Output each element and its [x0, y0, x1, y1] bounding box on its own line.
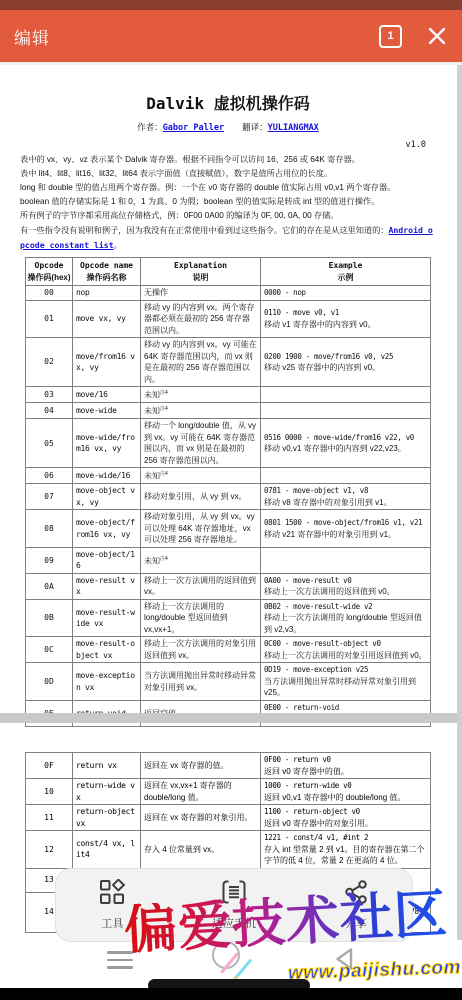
table-cell: 未知注4: [141, 547, 261, 573]
table-cell: return vx: [73, 753, 141, 779]
table-cell: move-object/from16 vx, vy: [73, 510, 141, 548]
watermark-url: www.paijishu.com: [288, 957, 462, 985]
intro-line: 表中的 vx、vy、vz 表示某个 Dalvik 寄存器。根据不同指令可以访问 …: [20, 153, 436, 167]
header-separator: [0, 62, 462, 65]
table-cell: 1000 - return-wide v0返回 v0,v1 寄存器中的 doub…: [261, 779, 431, 805]
table-cell: 12: [26, 831, 73, 869]
tools-label: 工具: [101, 915, 123, 931]
table-cell: 04: [26, 403, 73, 419]
table-cell: move-result vx: [73, 573, 141, 599]
table-row: 0Cmove-result-object vx移动上一次方法调用的对象引用返回值…: [26, 637, 431, 663]
intro-line: 表中 lit4、lit8、lit16、lit32、lit64 表示字面值（直接赋…: [20, 167, 436, 181]
table-cell: move/16: [73, 387, 141, 403]
table-cell: [261, 468, 431, 484]
table-cell: 0B: [26, 599, 73, 637]
col-header-explanation: Explanation说明: [141, 258, 261, 286]
page-gap: [0, 713, 462, 723]
table-cell: move vx, vy: [73, 300, 141, 338]
table-cell: 0000 - nop: [261, 286, 431, 301]
table-row: 0Amove-result vx移动上一次方法调用的返回值到 vx。0A00 -…: [26, 573, 431, 599]
author-link[interactable]: Gabor Paller: [163, 123, 224, 133]
table-cell: move-wide/16: [73, 468, 141, 484]
table-cell: move-object/16: [73, 547, 141, 573]
table-cell: move/from16 vx, vy: [73, 338, 141, 387]
table-cell: 移动对象引用，从 vy 到 vx。: [141, 484, 261, 510]
table-cell: 0C00 - move-result-object v0移动上一次方法调用的对象…: [261, 637, 431, 663]
version-label: v1.0: [20, 140, 426, 150]
table-cell: 11: [26, 805, 73, 831]
table-cell: move-exception vx: [73, 663, 141, 701]
android-opcode-link[interactable]: Android o: [388, 225, 432, 235]
android-opcode-link[interactable]: pcode constant list: [20, 240, 114, 250]
bottom-bar: [0, 988, 462, 1000]
page-count-label: 1: [387, 30, 393, 42]
table-cell: 0781 - move-object v1, v8移动 v8 寄存器中的对象引用…: [261, 484, 431, 510]
table-cell: 02: [26, 338, 73, 387]
table-cell: 移动一个 long/double 值，从 vy 到 vx。vy 可能在 64K …: [141, 419, 261, 468]
author-label: 作者：: [137, 122, 163, 132]
app-header: 编辑 1: [0, 10, 462, 62]
translator-link[interactable]: YULIANGMAX: [268, 123, 319, 133]
table-cell: 移动上一次方法调用的对象引用返回值到 vx。: [141, 637, 261, 663]
table-cell: nop: [73, 286, 141, 301]
col-header-example: Example示例: [261, 258, 431, 286]
page-right-edge: [457, 62, 462, 940]
close-icon[interactable]: [426, 25, 448, 47]
table-cell: 10: [26, 779, 73, 805]
table-cell: move-wide/from16 vx, vy: [73, 419, 141, 468]
table-cell: 0D: [26, 663, 73, 701]
table-cell: 返回在 vx,vx+1 寄存器的 double/long 值。: [141, 779, 261, 805]
watermark-text: 偏爱技术社区: [123, 888, 449, 958]
intro-paragraph: 表中的 vx、vy、vz 表示某个 Dalvik 寄存器。根据不同指令可以访问 …: [20, 153, 436, 253]
table-cell: 未知注4: [141, 387, 261, 403]
intro-line: 有一些指令没有说明和例子，因为我没有在正常使用中看到过这些指令。它们的存在是从这…: [20, 223, 436, 238]
tools-grid-icon: [99, 879, 125, 910]
page-count-button[interactable]: 1: [379, 25, 402, 48]
table-cell: move-object vx, vy: [73, 484, 141, 510]
table-cell: move-result-wide vx: [73, 599, 141, 637]
table-cell: 1221 - const/4 v1, #int 2存入 int 型常量 2 到 …: [261, 831, 431, 869]
table-cell: 0C: [26, 637, 73, 663]
table-row: 11return-object vx返回在 vx 寄存器的对象引用。1100 -…: [26, 805, 431, 831]
intro-line: boolean 值的存储实际是 1 和 0，1 为真、0 为假；boolean …: [20, 195, 436, 209]
table-cell: 03: [26, 387, 73, 403]
table-cell: 0801 1500 - move-object/from16 v1, v21移动…: [261, 510, 431, 548]
table-cell: 00: [26, 286, 73, 301]
table-cell: 0516 0000 - move-wide/from16 v22, v0移动 v…: [261, 419, 431, 468]
table-row: 01move vx, vy移动 vy 的内容到 vx。两个寄存器都必须在最初的 …: [26, 300, 431, 338]
table-row: 08move-object/from16 vx, vy移动对象引用，从 vy 到…: [26, 510, 431, 548]
opcode-table-page1: Opcode操作码(hex) Opcode name操作码名称 Explanat…: [25, 257, 431, 727]
table-cell: 0A: [26, 573, 73, 599]
table-cell: 移动上一次方法调用的返回值到 vx。: [141, 573, 261, 599]
table-cell: 未知注4: [141, 403, 261, 419]
table-row: 05move-wide/from16 vx, vy移动一个 long/doubl…: [26, 419, 431, 468]
table-row: 00nop无操作0000 - nop: [26, 286, 431, 301]
table-row: 12const/4 vx, lit4存入 4 位常量到 vx。1221 - co…: [26, 831, 431, 869]
table-cell: return-wide vx: [73, 779, 141, 805]
table-row: 0Freturn vx返回在 vx 寄存器的值。0F00 - return v0…: [26, 753, 431, 779]
tools-button[interactable]: 工具: [99, 879, 125, 931]
col-header-opcode-name: Opcode name操作码名称: [73, 258, 141, 286]
intro-line: 所有例子的字节序都采用高位存储格式，例：0F00 0A00 的编译为 0F, 0…: [20, 209, 436, 223]
table-row: 07move-object vx, vy移动对象引用，从 vy 到 vx。078…: [26, 484, 431, 510]
table-cell: 返回在 vx 寄存器的值。: [141, 753, 261, 779]
table-cell: 0B02 - move-result-wide v2移动上一次方法调用的 lon…: [261, 599, 431, 637]
table-cell: 无操作: [141, 286, 261, 301]
intro-line: long 和 double 型的值占用两个寄存器。例：一个在 v0 寄存器的 d…: [20, 181, 436, 195]
table-cell: 0F: [26, 753, 73, 779]
table-cell: 移动 vy 的内容到 vx。vy 可能在 64K 寄存器范围以内，而 vx 则是…: [141, 338, 261, 387]
table-cell: 05: [26, 419, 73, 468]
table-cell: 01: [26, 300, 73, 338]
document-title: Dalvik 虚拟机操作码: [20, 91, 436, 114]
table-row: 02move/from16 vx, vy移动 vy 的内容到 vx。vy 可能在…: [26, 338, 431, 387]
table-cell: 0A00 - move-result v0移动上一次方法调用的返回值到 v0。: [261, 573, 431, 599]
table-cell: 1100 - return-object v0返回 v0 寄存器中的对象引用。: [261, 805, 431, 831]
table-cell: 0110 - move v0, v1移动 v1 寄存器中的内容到 v0。: [261, 300, 431, 338]
table-cell: 0D19 - move-exception v25当方法调用抛出异常时移动异常对…: [261, 663, 431, 701]
table-cell: 08: [26, 510, 73, 548]
document-viewport[interactable]: Dalvik 虚拟机操作码 作者：Gabor Paller翻译：YULIANGM…: [0, 65, 456, 727]
table-cell: 06: [26, 468, 73, 484]
table-row: 0Dmove-exception vx当方法调用抛出异常时移动异常对象引用到 v…: [26, 663, 431, 701]
table-cell: 移动上一次方法调用的 long/double 型返回值到 vx,vx+1。: [141, 599, 261, 637]
table-cell: 当方法调用抛出异常时移动异常对象引用到 vx。: [141, 663, 261, 701]
document-page-1: Dalvik 虚拟机操作码 作者：Gabor Paller翻译：YULIANGM…: [0, 91, 456, 727]
byline: 作者：Gabor Paller翻译：YULIANGMAX: [20, 121, 436, 133]
table-cell: 存入 4 位常量到 vx。: [141, 831, 261, 869]
table-cell: move-result-object vx: [73, 637, 141, 663]
intro-line: pcode constant list。: [20, 238, 436, 253]
table-cell: 移动 vy 的内容到 vx。两个寄存器都必须在最初的 256 寄存器范围以内。: [141, 300, 261, 338]
table-cell: 未知注4: [141, 468, 261, 484]
table-row: 06move-wide/16未知注4: [26, 468, 431, 484]
table-cell: move-wide: [73, 403, 141, 419]
table-row: 0Bmove-result-wide vx移动上一次方法调用的 long/dou…: [26, 599, 431, 637]
col-header-opcode: Opcode操作码(hex): [26, 258, 73, 286]
status-bar: [0, 0, 462, 10]
table-cell: [261, 403, 431, 419]
table-row: 03move/16未知注4: [26, 387, 431, 403]
table-cell: 0200 1900 - move/from16 v0, v25移动 v25 寄存…: [261, 338, 431, 387]
table-row: 09move-object/16未知注4: [26, 547, 431, 573]
table-cell: return-object vx: [73, 805, 141, 831]
table-row: 10return-wide vx返回在 vx,vx+1 寄存器的 double/…: [26, 779, 431, 805]
table-cell: 09: [26, 547, 73, 573]
page-title: 编辑: [14, 24, 50, 49]
table-cell: 07: [26, 484, 73, 510]
table-cell: 移动对象引用，从 vy 到 vx。vy 可以处理 64K 寄存器地址，vx 可以…: [141, 510, 261, 548]
table-cell: [261, 547, 431, 573]
table-cell: const/4 vx, lit4: [73, 831, 141, 869]
table-cell: [261, 387, 431, 403]
table-cell: 返回在 vx 寄存器的对象引用。: [141, 805, 261, 831]
table-row: 04move-wide未知注4: [26, 403, 431, 419]
table-cell: 0F00 - return v0返回 v0 寄存器中的值。: [261, 753, 431, 779]
table-header-row: Opcode操作码(hex) Opcode name操作码名称 Explanat…: [26, 258, 431, 286]
translator-label: 翻译：: [242, 122, 268, 132]
